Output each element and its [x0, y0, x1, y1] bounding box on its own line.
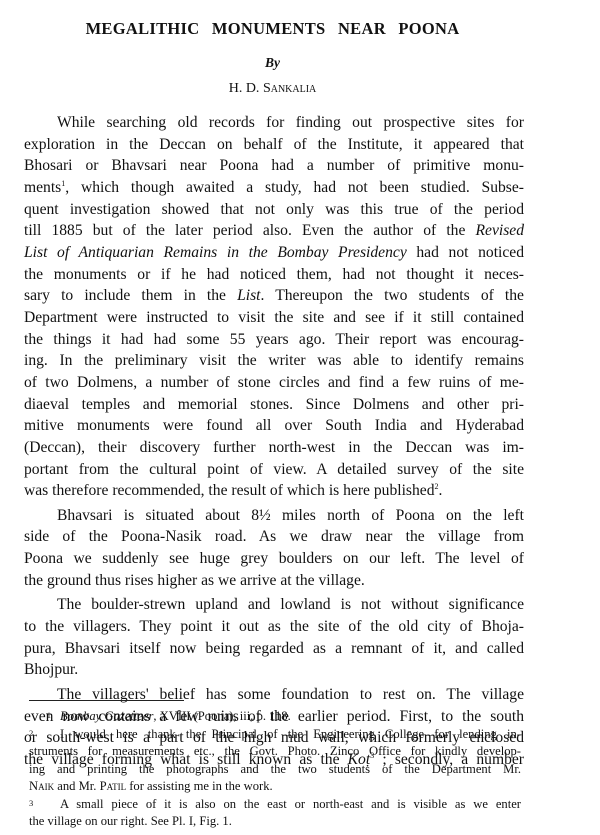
text-fragment: , which though awaited a study, had not …	[65, 179, 524, 196]
text-line: Poona we suddenly see huge grey boulders…	[24, 548, 524, 570]
author-name: H. D. Sankalia	[0, 81, 545, 97]
text-fragment: had not noticed	[407, 244, 524, 261]
text-line: pura, Bhavsari itself now being regarded…	[24, 638, 524, 660]
paragraph-1: While searching old records for finding …	[24, 112, 524, 502]
document-page: MEGALITHIC MONUMENTS NEAR POONA By H. D.…	[0, 0, 600, 835]
text-line: The boulder-strewn upland and lowland is…	[24, 594, 524, 616]
text-line: ments1, which though awaited a study, ha…	[24, 177, 524, 199]
person-name: Patil	[100, 779, 127, 793]
text-fragment: was therefore recommended, the result of…	[24, 482, 435, 499]
italic-title: List of Antiquarian Remains in the Bomba…	[24, 244, 407, 261]
footnote-divider	[29, 700, 184, 701]
author-initials: H. D.	[229, 81, 263, 96]
footnote-number: 2	[29, 725, 60, 742]
text-line: struments for measurements etc., the Gov…	[29, 743, 521, 760]
text-line: Bhojpur.	[24, 659, 524, 681]
footnotes: 1Bombay Gazetteer, XVIII (Poona), iii, p…	[29, 707, 521, 830]
footnote-number: 3	[29, 795, 60, 812]
footnote-3: 3A small piece of it is also on the east…	[29, 795, 521, 813]
text-line: Naik and Mr. Patil for assisting me in t…	[29, 778, 521, 795]
paragraph-3: The boulder-strewn upland and lowland is…	[24, 594, 524, 681]
text-line: sary to include them in the List. Thereu…	[24, 285, 524, 307]
text-line: mitive monuments were found all over Sou…	[24, 415, 524, 437]
text-line: portant from the cultural point of view.…	[24, 459, 524, 481]
text-line: ing and printing the photographs and the…	[29, 761, 521, 778]
italic-word: List	[237, 287, 260, 304]
text-line: While searching old records for finding …	[24, 112, 524, 134]
text-line: the ground thus rises higher as we arriv…	[24, 570, 524, 592]
byline: By	[0, 55, 545, 71]
text-fragment: for assisting me in the work.	[126, 779, 273, 793]
text-line: of two Dolmens, a number of stone circle…	[24, 372, 524, 394]
text-line: was therefore recommended, the result of…	[24, 480, 524, 502]
footnote-2: 2I would here thank the Principal of the…	[29, 725, 521, 743]
text-line: quent investigation showed that not only…	[24, 199, 524, 221]
text-line: Department were instructed to visit the …	[24, 307, 524, 329]
text-line: the village on our right. See Pl. I, Fig…	[29, 813, 521, 830]
text-line: diaeval temples and memorial stones. Sin…	[24, 394, 524, 416]
text-fragment: , XVIII (Poona), iii, p. 118.	[153, 709, 290, 723]
text-fragment: and Mr.	[54, 779, 99, 793]
text-line: the things it had had some 55 years ago.…	[24, 329, 524, 351]
article-title: MEGALITHIC MONUMENTS NEAR POONA	[0, 19, 545, 39]
text-line: till 1885 but of the later period also. …	[24, 220, 524, 242]
text-line: Bhavsari is situated about 8½ miles nort…	[24, 505, 524, 527]
text-line: List of Antiquarian Remains in the Bomba…	[24, 242, 524, 264]
article-body: While searching old records for finding …	[24, 112, 524, 771]
footnote-1: 1Bombay Gazetteer, XVIII (Poona), iii, p…	[29, 707, 521, 725]
text-fragment: till 1885 but of the later period also. …	[24, 222, 476, 239]
text-fragment: sary to include them in the	[24, 287, 237, 304]
text-line: side of the Poona-Nasik road. As we draw…	[24, 526, 524, 548]
italic-title: Revised	[476, 222, 525, 239]
text-line: (Deccan), their discovery further north-…	[24, 437, 524, 459]
text-line: exploration in the Deccan on behalf of t…	[24, 134, 524, 156]
footnote-number: 1	[29, 707, 60, 724]
person-name: Naik	[29, 779, 54, 793]
text-line: Bhosari or Bhavsari near Poona had a num…	[24, 155, 524, 177]
text-fragment: . Thereupon the two students of the	[261, 287, 524, 304]
text-fragment: ments	[24, 179, 61, 196]
text-line: to the villagers. They point it out as t…	[24, 616, 524, 638]
text-line: the monuments or if he had noticed them,…	[24, 264, 524, 286]
text-fragment: A small piece of it is also on the east …	[60, 797, 521, 811]
paragraph-2: Bhavsari is situated about 8½ miles nort…	[24, 505, 524, 592]
text-fragment: I would here thank the Principal of the …	[60, 727, 521, 741]
author-surname: Sankalia	[263, 81, 316, 96]
italic-title: Bombay Gazetteer	[60, 709, 153, 723]
text-line: ing. In the preliminary visit the writer…	[24, 350, 524, 372]
text-line: The villagers' belief has some foundatio…	[24, 684, 524, 706]
text-fragment: .	[439, 482, 443, 499]
